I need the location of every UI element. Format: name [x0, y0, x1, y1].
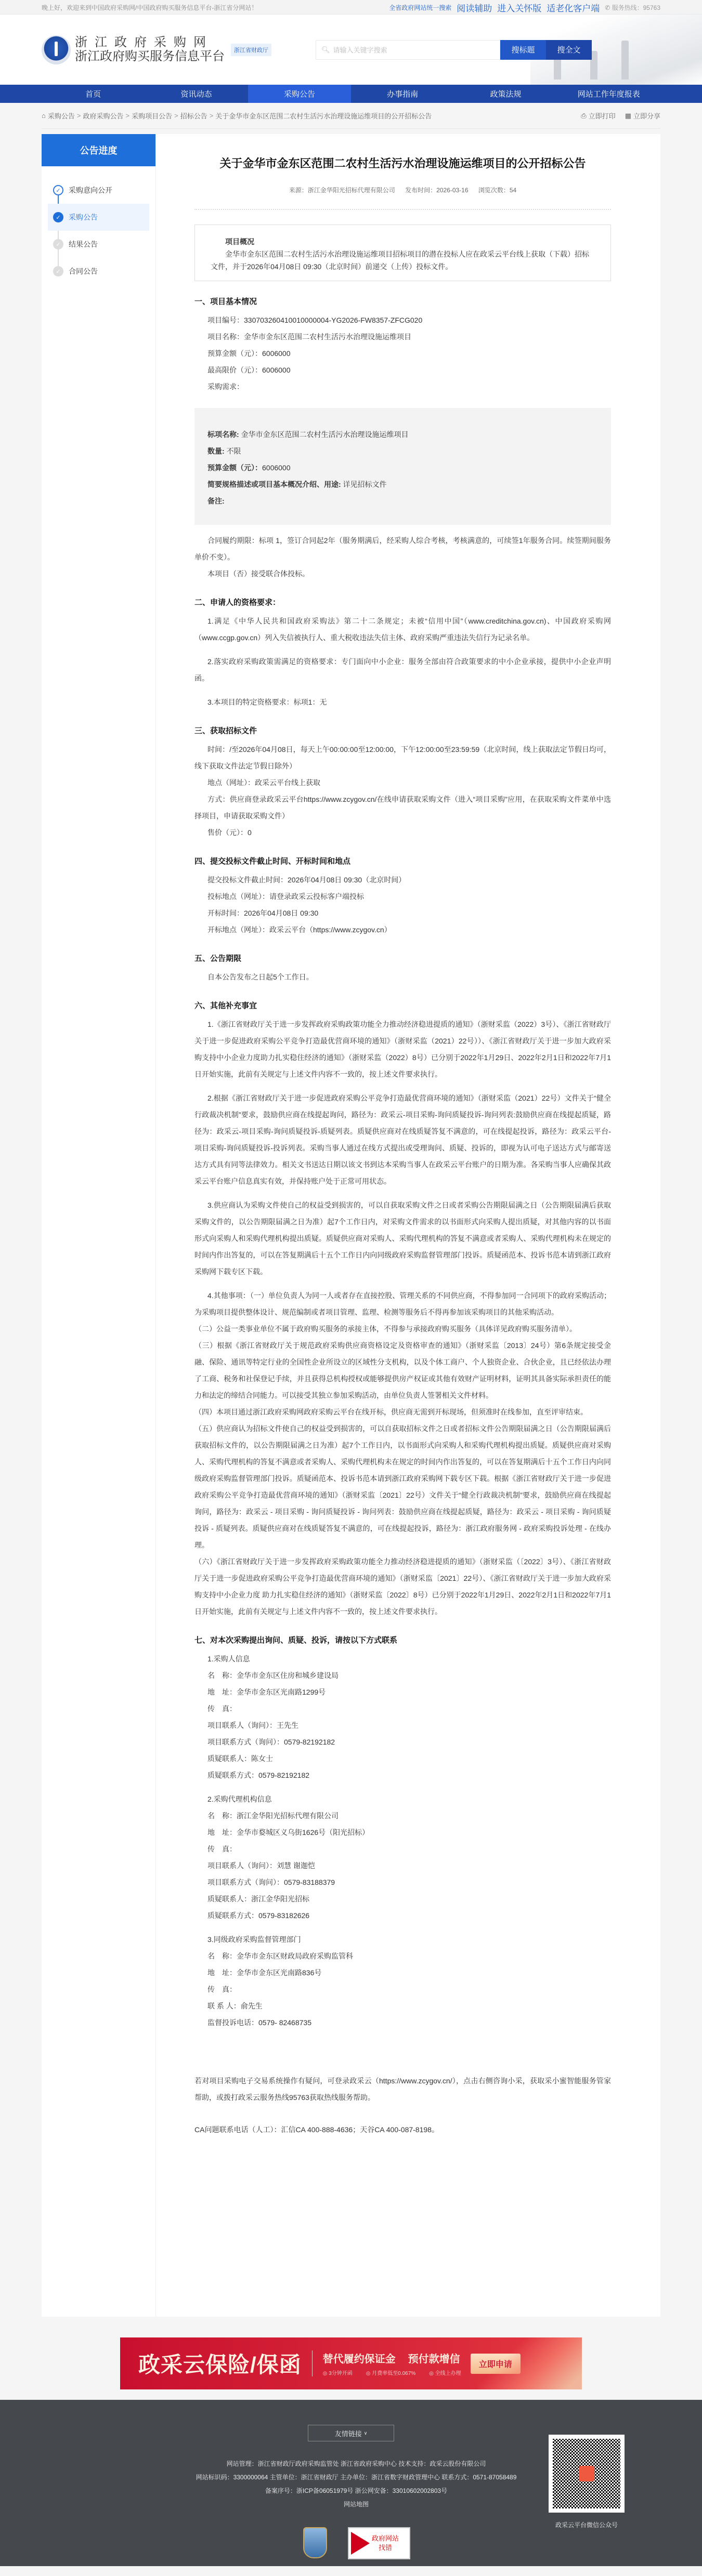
section-deadline: 四、提交投标文件截止时间、开标时间和地点 提交投标文件截止时间：2026年04月… [194, 855, 611, 938]
elderly-client-link[interactable]: 适老化客户端 [547, 1, 600, 14]
hotline: ✆ 服务热线：95763 [605, 3, 660, 12]
contact-group-title: 3.同级政府采购监督管理部门 [194, 1931, 611, 1948]
site-header: 浙江政府采购网 浙江政府购买服务信息平台 浙江省财政厅 🔍︎ 请输入关键字搜索 … [0, 15, 702, 85]
contact-line: 名 称：金华市金东区财政局政府采购监管科 [194, 1948, 611, 1964]
magnifier-icon [351, 2532, 370, 2555]
help-note: 若对项目采购电子交易系统操作有疑问，可登录政采云（https://www.zcy… [194, 2072, 611, 2106]
section-contacts: 七、对本次采购提出询问、质疑、投诉，请按以下方式联系 1.采购人信息 名 称：金… [194, 1634, 611, 2031]
check-icon: ✓ [53, 266, 63, 276]
qty-value: 不限 [225, 447, 241, 455]
section-other: 六、其他补充事宜 1.《浙江省财政厅关于进一步发挥政府采购政策功能全力推动经济稳… [194, 1000, 611, 1620]
section-heading: 五、公告期限 [194, 953, 611, 963]
lot-box: 标项名称: 金华市金东区范围二农村生活污水治理设施运维项目 数量: 不限 预算金… [194, 408, 611, 525]
contact-line: 项目联系方式（询问）：0579-83188379 [194, 1874, 611, 1891]
demand-label: 采购需求： [194, 378, 611, 395]
section-heading: 一、项目基本情况 [194, 296, 611, 307]
home-icon[interactable]: ⌂ [42, 112, 46, 120]
breadcrumb-item[interactable]: 采购项目公告 [132, 111, 172, 121]
contract-term: 合同履约期限：标项 1，签订合同起2年（服务期满后，经采购人综合考核，考核满意的… [194, 532, 611, 565]
banner-feature: 替代履约保证金 [323, 2350, 396, 2366]
paragraph: （三）根据《浙江省财政厅关于规范政府采购供应商资格设定及资格审查的通知》（浙财采… [194, 1337, 611, 1404]
desc-label: 简要规格描述或项目基本概况介绍、用途: [207, 480, 341, 488]
breadcrumb: ⌂ 采购公告> 政府采购公告> 采购项目公告> 招标公告> 关于金华市金东区范围… [42, 111, 432, 121]
progress-sidebar: 公告进度 ✓ 采购意向公开 ✓ 采购公告 ✓ 结果公告 ✓ 合同公告 [42, 134, 156, 2317]
article-date: 发布时间：2026-03-16 [405, 187, 468, 194]
qrcode-label: 政采云平台微信公众号 [549, 2520, 625, 2529]
site-footer: 友情链接∨ 网站管理：浙江省财政厅政府采购监管处 浙江省政府采购中心 技术支持：… [0, 2400, 702, 2566]
contact-line: 质疑联系方式：0579-83182626 [194, 1907, 611, 1924]
public-institution-badge[interactable] [303, 2527, 327, 2558]
paragraph: （五）供应商认为招标文件使自己的权益受到损害的，可以自获取招标文件之日或者招标文… [194, 1420, 611, 1553]
check-icon: ✓ [53, 212, 63, 222]
step-announcement[interactable]: ✓ 采购公告 [48, 204, 149, 231]
contact-line: 地 址：金华市婺城区义乌街1626号（阳光招标） [194, 1824, 611, 1841]
budget: 预算金额（元）：6006000 [194, 345, 611, 362]
summary-title: 项目概况 [211, 235, 595, 248]
paragraph: 开标地点（网址）：政采云平台（https://www.zcygov.cn） [194, 921, 611, 938]
search-title-button[interactable]: 搜标题 [500, 40, 546, 60]
lot-budget-value: 6006000 [262, 464, 291, 472]
consortium-note: 本项目（否）接受联合体投标。 [194, 565, 611, 582]
logo-title: 浙江政府采购网 [75, 36, 225, 49]
wechat-qrcode [549, 2435, 625, 2513]
breadcrumb-item[interactable]: 政府采购公告 [83, 111, 123, 121]
section-qualification: 二、申请人的资格要求： 1.满足《中华人民共和国政府采购法》第二十二条规定；未被… [194, 597, 611, 710]
project-name: 项目名称：金华市金东区范围二农村生活污水治理设施运维项目 [194, 328, 611, 345]
search-input[interactable]: 🔍︎ 请输入关键字搜索 [316, 40, 500, 60]
banner-feature: 预付款增信 [408, 2350, 460, 2366]
article-views: 浏览次数：54 [478, 187, 516, 194]
paragraph: 时间：/至2026年04月08日，每天上午00:00:00至12:00:00，下… [194, 741, 611, 774]
paragraph: 2.根据《浙江省财政厅关于进一步促进政府采购公平竞争打造最优营商环境的通知》（浙… [194, 1090, 611, 1190]
lot-budget-label: 预算金额（元）： [207, 464, 262, 472]
sidebar-title: 公告进度 [42, 134, 155, 166]
contact-line: 联 系 人：俞先生 [194, 1998, 611, 2014]
desc-value: 详见招标文件 [341, 480, 387, 488]
nav-annual-report[interactable]: 网站工作年度报表 [557, 85, 660, 103]
paragraph: 1.满足《中华人民共和国政府采购法》第二十二条规定；未被“信用中国”（www.c… [194, 613, 611, 646]
search-bar: 🔍︎ 请输入关键字搜索 搜标题 搜全文 [316, 40, 592, 60]
ca-note: CA问题联系电话（人工）：汇信CA 400-888-4636；天谷CA 400-… [194, 2121, 611, 2138]
paragraph: 3.供应商认为采购文件使自己的权益受到损害的，可以自获取采购文件之日或者采购公告… [194, 1197, 611, 1280]
contact-group-title: 1.采购人信息 [194, 1650, 611, 1667]
banner-point: ◎ 3分钟开函 [323, 2369, 353, 2376]
main-area: 公告进度 ✓ 采购意向公开 ✓ 采购公告 ✓ 结果公告 ✓ 合同公告 关于金 [42, 134, 660, 2317]
contact-line: 质疑联系人：浙江金华阳光招标 [194, 1891, 611, 1907]
article: 关于金华市金东区范围二农村生活污水治理设施运维项目的公开招标公告 来源：浙江金华… [156, 134, 660, 2317]
banner-point: ◎ 月费率低至0.067% [366, 2369, 415, 2376]
section-basic: 一、项目基本情况 项目编号：330703260410010000004-YG20… [194, 296, 611, 582]
divider [194, 209, 611, 210]
contact-line: 传 真： [194, 1841, 611, 1857]
section-period: 五、公告期限 自本公告发布之日起5个工作日。 [194, 953, 611, 985]
banner-illustration [478, 2337, 582, 2389]
paragraph: （六）《浙江省财政厅关于进一步发挥政府采购政策功能全力推动经济稳进提质的通知》（… [194, 1553, 611, 1620]
paragraph: 4.其他事项：（一）单位负责人为同一人或者存在直接控股、管理关系的不同供应商，不… [194, 1287, 611, 1320]
breadcrumb-current: 关于金华市金东区范围二农村生活污水治理设施运维项目的公开招标公告 [215, 111, 432, 121]
nav-guide[interactable]: 办事指南 [351, 85, 454, 103]
nav-policy[interactable]: 政策法规 [454, 85, 557, 103]
summary-text: 金华市金东区范围二农村生活污水治理设施运维项目招标项目的潜在投标人应在政采云平台… [211, 248, 595, 273]
contact-line: 监督投诉电话：0579- 82468735 [194, 2014, 611, 2031]
contact-line: 项目联系方式（询问）：0579-82192182 [194, 1734, 611, 1750]
check-icon: ✓ [53, 239, 63, 249]
friend-links-dropdown[interactable]: 友情链接∨ [308, 2425, 394, 2441]
note-label: 备注: [207, 497, 225, 505]
reading-aid-link[interactable]: 阅读辅助 [457, 1, 492, 14]
lot-name-value: 金华市金东区范围二农村生活污水治理设施运维项目 [239, 430, 409, 439]
contact-group-title: 2.采购代理机构信息 [194, 1791, 611, 1807]
breadcrumb-item[interactable]: 招标公告 [180, 111, 207, 121]
logo-badge: 浙江省财政厅 [231, 44, 271, 56]
project-summary: 项目概况 金华市金东区范围二农村生活污水治理设施运维项目招标项目的潜在投标人应在… [194, 224, 611, 281]
breadcrumb-bar: ⌂ 采购公告> 政府采购公告> 采购项目公告> 招标公告> 关于金华市金东区范围… [42, 103, 660, 129]
paragraph: 售价（元）：0 [194, 824, 611, 841]
breadcrumb-item[interactable]: 采购公告 [48, 111, 75, 121]
contact-line: 名 称：金华市金东区住房和城乡建设局 [194, 1667, 611, 1684]
step-contract[interactable]: ✓ 合同公告 [48, 258, 149, 285]
section-heading: 三、获取招标文件 [194, 725, 611, 736]
chevron-down-icon: ∨ [364, 2430, 368, 2436]
contact-line: 质疑联系人：陈女士 [194, 1750, 611, 1767]
section-heading: 四、提交投标文件截止时间、开标时间和地点 [194, 855, 611, 866]
insurance-banner[interactable]: 政采云保险/保函 替代履约保证金预付款增信 ◎ 3分钟开函◎ 月费率低至0.06… [120, 2337, 582, 2389]
contact-line: 地 址：金华市金东区光南路1299号 [194, 1684, 611, 1700]
paragraph: （二）公益一类事业单位不属于政府购买服务的承接主体，不得参与承接政府购买服务（具… [194, 1320, 611, 1337]
paragraph: 地点（网址）：政采云平台线上获取 [194, 774, 611, 791]
search-fulltext-button[interactable]: 搜全文 [546, 40, 592, 60]
qrcode-icon: ▦ [625, 112, 631, 120]
nav-announcements[interactable]: 采购公告 [248, 85, 351, 103]
banner-title: 政采云保险/保函 [138, 2348, 302, 2379]
article-footer-notes: 若对项目采购电子交易系统操作有疑问，可登录政采云（https://www.zcy… [194, 2072, 611, 2138]
welcome-text: 晚上好，欢迎来到中国政府采购网/中国政府购买服务信息平台-浙江省分网站！ [42, 3, 257, 12]
step-result[interactable]: ✓ 结果公告 [48, 231, 149, 258]
care-mode-link[interactable]: 进入关怀版 [497, 1, 541, 14]
paragraph: 提交投标文件截止时间：2026年04月08日 09:30（北京时间） [194, 871, 611, 888]
top-bar: 晚上好，欢迎来到中国政府采购网/中国政府购买服务信息平台-浙江省分网站！ 全省政… [0, 0, 702, 15]
section-get-docs: 三、获取招标文件 时间：/至2026年04月08日，每天上午00:00:00至1… [194, 725, 611, 841]
contact-line: 质疑联系方式：0579-82192182 [194, 1767, 611, 1784]
article-source: 来源：浙江金华阳光招标代理有限公司 [289, 187, 395, 194]
paragraph: 开标时间：2026年04月08日 09:30 [194, 905, 611, 921]
article-title: 关于金华市金东区范围二农村生活污水治理设施运维项目的公开招标公告 [194, 155, 611, 171]
print-button[interactable]: ⎙立即打印 [581, 111, 615, 121]
nav-news[interactable]: 资讯动态 [145, 85, 248, 103]
banner-area: 政采云保险/保函 替代履约保证金预付款增信 ◎ 3分钟开函◎ 月费率低至0.06… [0, 2317, 702, 2400]
search-icon: 🔍︎ [321, 46, 330, 54]
paragraph: （四）本项目通过浙江政府采购网政府采购云平台在线开标，供应商无需到开标现场，但须… [194, 1404, 611, 1420]
unified-search-link[interactable]: 全省政府网站统一搜索 [389, 3, 451, 12]
site-logo[interactable]: 浙江政府采购网 浙江政府购买服务信息平台 浙江省财政厅 [42, 35, 271, 64]
step-intent[interactable]: ✓ 采购意向公开 [48, 177, 149, 204]
logo-subtitle: 浙江政府购买服务信息平台 [75, 50, 225, 63]
gov-site-error-badge[interactable]: 政府网站找错 [348, 2527, 410, 2559]
paragraph: 自本公告发布之日起5个工作日。 [194, 969, 611, 985]
max-price: 最高限价（元）：6006000 [194, 362, 611, 378]
qty-label: 数量: [207, 447, 225, 455]
section-heading: 六、其他补充事宜 [194, 1000, 611, 1011]
contact-line: 名 称：浙江金华阳光招标代理有限公司 [194, 1807, 611, 1824]
nav-home[interactable]: 首页 [42, 85, 145, 103]
paragraph: 1.《浙江省财政厅关于进一步发挥政府采购政策功能全力推动经济稳进提质的通知》（浙… [194, 1016, 611, 1082]
paragraph: 方式：供应商登录政采云平台https://www.zcygov.cn/在线申请获… [194, 791, 611, 824]
lot-name-label: 标项名称: [207, 430, 239, 439]
phone-icon: ✆ [605, 4, 612, 11]
sitemap-link[interactable]: 网站地图 [344, 2501, 369, 2508]
paragraph: 投标地点（网址）：请登录政采云投标客户端投标 [194, 888, 611, 905]
contact-line: 传 真： [194, 1700, 611, 1717]
check-icon: ✓ [53, 185, 63, 195]
main-nav: 首页 资讯动态 采购公告 办事指南 政策法规 网站工作年度报表 [0, 85, 702, 103]
paragraph: 2.落实政府采购政策需满足的资格要求：专门面向中小企业：服务全部由符合政策要求的… [194, 653, 611, 686]
contact-line: 项目联系人（询问）：刘慧 谢迦恺 [194, 1857, 611, 1874]
emblem-icon [42, 35, 71, 64]
share-button[interactable]: ▦立即分享 [625, 111, 660, 121]
contact-line: 地 址：金华市金东区光南路836号 [194, 1964, 611, 1981]
banner-point: ◎ 全线上办理 [429, 2369, 461, 2376]
paragraph: 3.本项目的特定资格要求：标项1：无 [194, 694, 611, 710]
printer-icon: ⎙ [581, 112, 586, 120]
contact-line: 传 真： [194, 1981, 611, 1998]
project-number: 项目编号：330703260410010000004-YG2026-FW8357… [194, 312, 611, 328]
article-meta: 来源：浙江金华阳光招标代理有限公司 发布时间：2026-03-16 浏览次数：5… [194, 186, 611, 194]
section-heading: 七、对本次采购提出询问、质疑、投诉，请按以下方式联系 [194, 1634, 611, 1645]
contact-line: 项目联系人（询问）：王先生 [194, 1717, 611, 1734]
section-heading: 二、申请人的资格要求： [194, 597, 611, 607]
